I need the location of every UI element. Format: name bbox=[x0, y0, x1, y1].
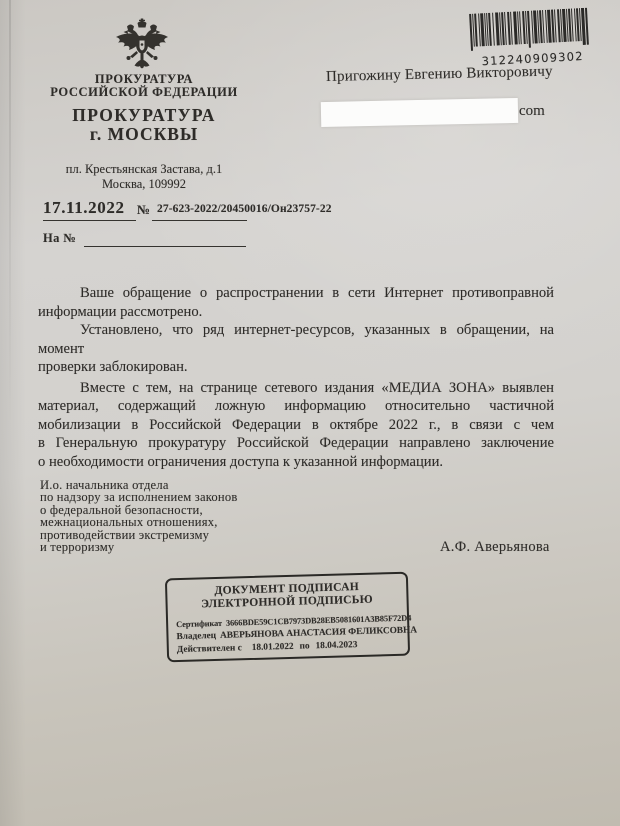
signer-title: И.о. начальника отдела по надзору за исп… bbox=[40, 479, 360, 553]
digital-signature-stamp: ДОКУМЕНТ ПОДПИСАН ЭЛЕКТРОННОЙ ПОДПИСЬЮ С… bbox=[165, 572, 410, 663]
document-photo: ПРОКУРАТУРА РОССИЙСКОЙ ФЕДЕРАЦИИ ПРОКУРА… bbox=[0, 0, 620, 826]
body-line: о необходимости ограничения доступа к ук… bbox=[38, 453, 554, 472]
body-line: мобилизации в Российской Федерации в окт… bbox=[38, 416, 554, 435]
barcode-icon bbox=[465, 7, 595, 52]
office-name-line2: г. МОСКВЫ bbox=[40, 126, 248, 143]
signer-title-line: и терроризму bbox=[40, 541, 360, 553]
address-line1: пл. Крестьянская Застава, д.1 bbox=[40, 162, 248, 177]
body-line: материал, содержащий ложную информацию о… bbox=[38, 397, 554, 416]
page-edge-shading bbox=[0, 0, 26, 826]
coat-of-arms-icon bbox=[112, 18, 172, 74]
signer-title-line: по надзору за исполнением законов bbox=[40, 491, 360, 503]
body-line: проверки заблокирован. bbox=[38, 358, 554, 377]
validity-to-label: по bbox=[299, 641, 309, 651]
signer-title-line: межнациональных отношениях, bbox=[40, 516, 360, 528]
address-line2: Москва, 109992 bbox=[40, 177, 248, 192]
body-line: информации рассмотрено. bbox=[38, 303, 554, 322]
letter-body: Ваше обращение о распространении в сети … bbox=[38, 284, 554, 471]
number-sign: № bbox=[137, 202, 150, 218]
org-name-line2: РОССИЙСКОЙ ФЕДЕРАЦИИ bbox=[40, 86, 248, 99]
office-address: пл. Крестьянская Застава, д.1 Москва, 10… bbox=[40, 162, 248, 192]
owner-label: Владелец bbox=[176, 631, 216, 642]
letter-date: 17.11.2022 bbox=[43, 198, 125, 218]
body-line: Вместе с тем, на странице сетевого издан… bbox=[38, 379, 554, 398]
body-line: в Генеральную прокуратуру Российской Фед… bbox=[38, 434, 554, 453]
reply-to-underline bbox=[84, 246, 246, 247]
barcode: 312240 909302 bbox=[465, 7, 596, 69]
validity-to: 18.04.2023 bbox=[315, 640, 357, 651]
email-visible-part: com bbox=[519, 103, 545, 120]
validity-from: 18.01.2022 bbox=[252, 642, 294, 653]
reply-to-label: На № bbox=[43, 231, 76, 246]
signer-name: А.Ф. Аверьянова bbox=[440, 539, 550, 556]
validity-label: Действителен с bbox=[177, 643, 242, 655]
date-underline bbox=[43, 220, 136, 221]
body-line: Установлено, что ряд интернет-ресурсов, … bbox=[38, 321, 554, 358]
redacted-email-box bbox=[321, 98, 518, 127]
body-line: Ваше обращение о распространении в сети … bbox=[38, 284, 554, 303]
letterhead: ПРОКУРАТУРА РОССИЙСКОЙ ФЕДЕРАЦИИ ПРОКУРА… bbox=[40, 73, 248, 192]
outgoing-number: 27-623-2022/20450016/Он23757-22 bbox=[157, 203, 332, 215]
number-underline bbox=[152, 220, 247, 221]
certificate-label: Сертификат bbox=[176, 619, 222, 629]
recipient-name: Пригожину Евгению Викторовичу bbox=[326, 63, 576, 86]
org-name-line1: ПРОКУРАТУРА bbox=[40, 73, 248, 86]
office-name-line1: ПРОКУРАТУРА bbox=[40, 107, 248, 124]
paper-crease bbox=[9, 0, 11, 430]
